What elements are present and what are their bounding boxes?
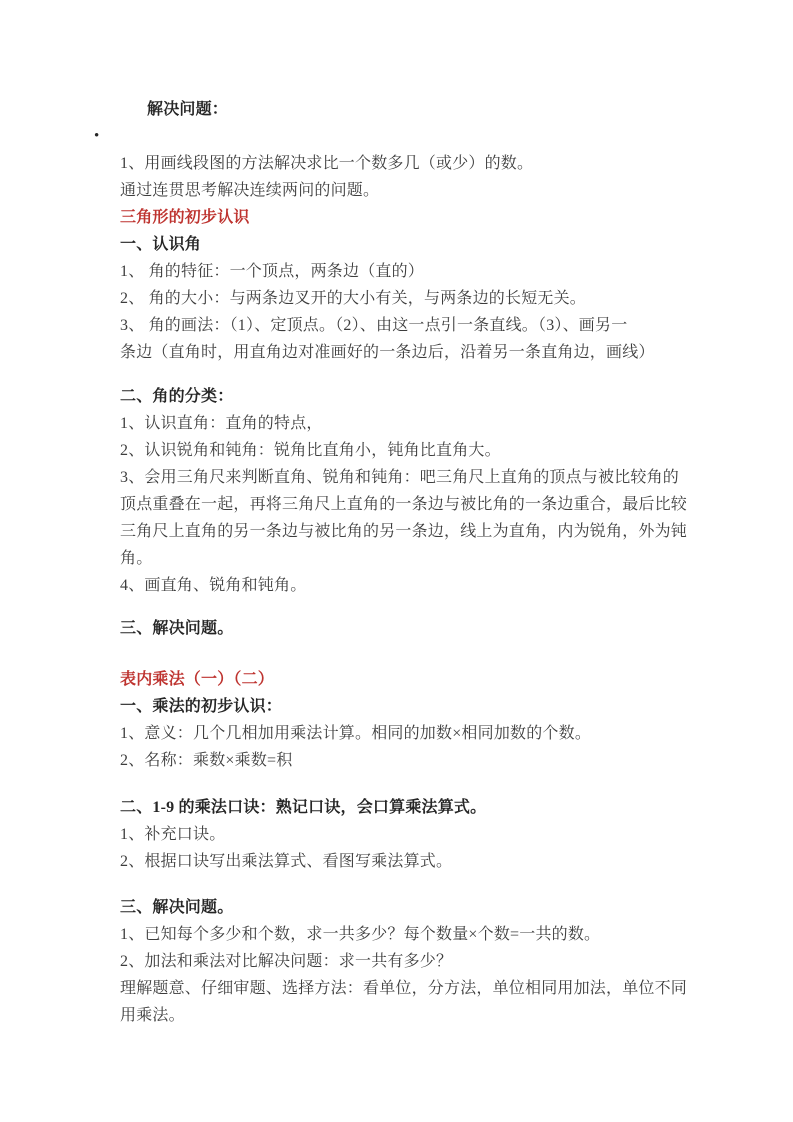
document-body: 解决问题：•1、用画线段图的方法解决求比一个数多几（或少）的数。通过连贯思考解决… (120, 96, 703, 1029)
text-line: 4、画直角、锐角和钝角。 (120, 572, 703, 599)
text-line: 3、 角的画法：（1）、定顶点。（2）、由这一点引一条直线。（3）、画另一 (120, 312, 703, 339)
text-line: 理解题意、仔细审题、选择方法：看单位，分方法，单位相同用加法，单位不同 (120, 975, 703, 1002)
text-line: 角。 (120, 545, 703, 572)
heading-line: 一、认识角 (120, 231, 703, 258)
section-title-red: 三角形的初步认识 (120, 204, 703, 231)
text-line: 2、名称：乘数×乘数=积 (120, 747, 703, 774)
heading-line: 二、角的分类： (120, 383, 703, 410)
text-line: 1、意义：几个几相加用乘法计算。相同的加数×相同加数的个数。 (120, 720, 703, 747)
text-line: 顶点重叠在一起，再将三角尺上直角的一条边与被比角的一条边重合，最后比较 (120, 491, 703, 518)
text-line: 1、已知每个多少和个数，求一共多少？每个数量×个数=一共的数。 (120, 921, 703, 948)
text-line: 1、认识直角：直角的特点， (120, 410, 703, 437)
text-line: 2、 角的大小：与两条边叉开的大小有关，与两条边的长短无关。 (120, 285, 703, 312)
heading-line: 一、乘法的初步认识： (120, 693, 703, 720)
text-line: 用乘法。 (120, 1002, 703, 1029)
heading-line: 解决问题： (147, 96, 703, 123)
text-line: 2、加法和乘法对比解决问题：求一共有多少？ (120, 948, 703, 975)
text-line: 1、用画线段图的方法解决求比一个数多几（或少）的数。 (120, 150, 703, 177)
heading-line: 三、解决问题。 (120, 894, 703, 921)
text-line: 条边（直角时，用直角边对准画好的一条边后，沿着另一条直角边，画线） (120, 339, 703, 366)
heading-line: 三、解决问题。 (120, 615, 703, 642)
text-line: 3、会用三角尺来判断直角、锐角和钝角：吧三角尺上直角的顶点与被比较角的 (120, 464, 703, 491)
document-page: 解决问题：•1、用画线段图的方法解决求比一个数多几（或少）的数。通过连贯思考解决… (0, 0, 793, 1122)
text-line: 1、补充口诀。 (120, 821, 703, 848)
text-line: 1、 角的特征：一个顶点，两条边（直的） (120, 258, 703, 285)
section-title-red: 表内乘法（一）（二） (120, 666, 703, 693)
text-line: 三角尺上直角的另一条边与被比角的另一条边，线上为直角，内为锐角，外为钝 (120, 518, 703, 545)
heading-line: 二、1-9 的乘法口诀：熟记口诀，会口算乘法算式。 (120, 794, 703, 821)
list-bullet: • (94, 123, 703, 150)
text-line: 通过连贯思考解决连续两问的问题。 (120, 177, 703, 204)
text-line: 2、认识锐角和钝角：锐角比直角小，钝角比直角大。 (120, 437, 703, 464)
text-line: 2、根据口诀写出乘法算式、看图写乘法算式。 (120, 848, 703, 875)
